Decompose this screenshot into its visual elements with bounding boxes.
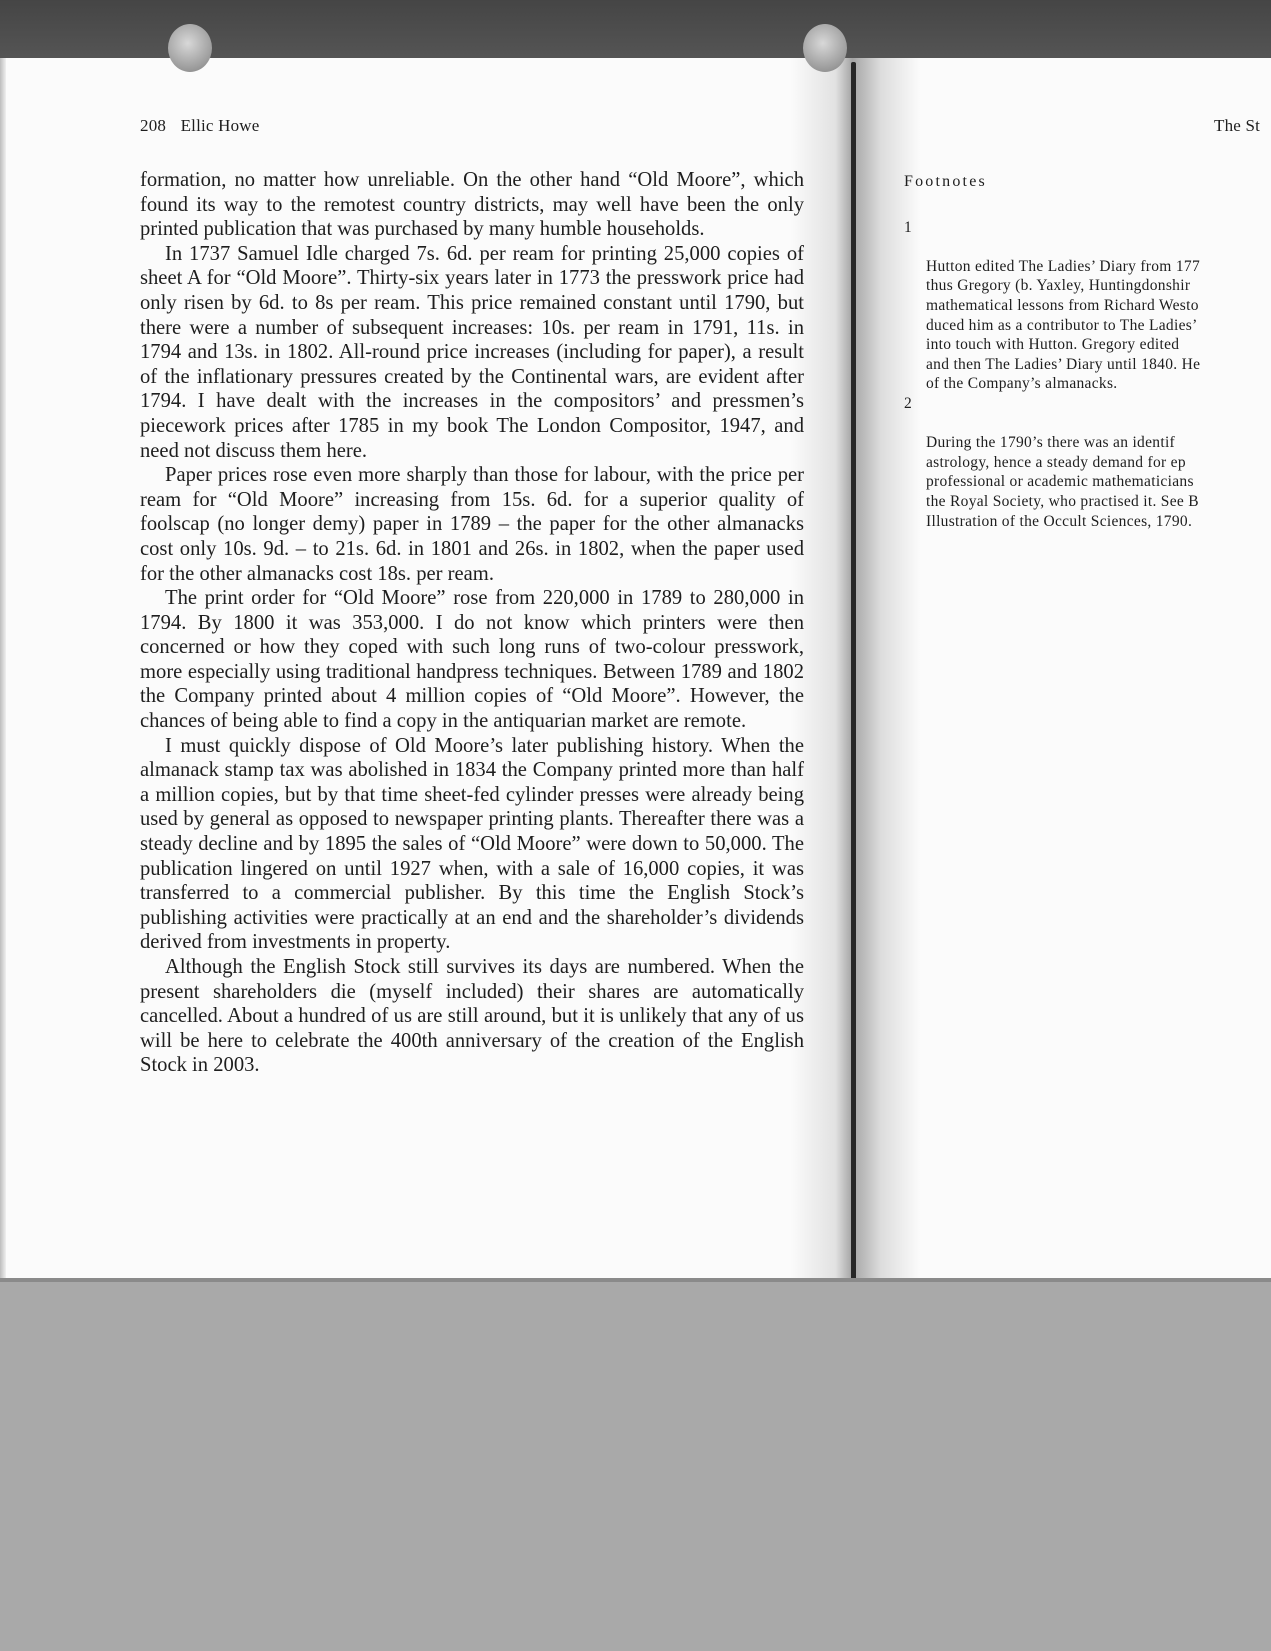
page-bottom-edge [0,1278,1271,1282]
author-name: Ellic Howe [181,116,260,135]
page-number: 208 [140,116,166,135]
paragraph: formation, no matter how unreliable. On … [140,168,804,242]
paragraph: I must quickly dispose of Old Moore’s la… [140,734,804,955]
left-running-head: 208 Ellic Howe [140,116,260,136]
punch-hole-icon [168,24,212,72]
paragraph: Paper prices rose even more sharply than… [140,463,804,586]
page-left-edge [0,58,6,1280]
paragraph: In 1737 Samuel Idle charged 7s. 6d. per … [140,242,804,463]
punch-hole-icon [803,24,847,72]
left-page-body: formation, no matter how unreliable. On … [140,168,804,1078]
paragraph: Although the English Stock still survive… [140,955,804,1078]
book-gutter [851,62,856,1280]
paragraph: The print order for “Old Moore” rose fro… [140,586,804,734]
